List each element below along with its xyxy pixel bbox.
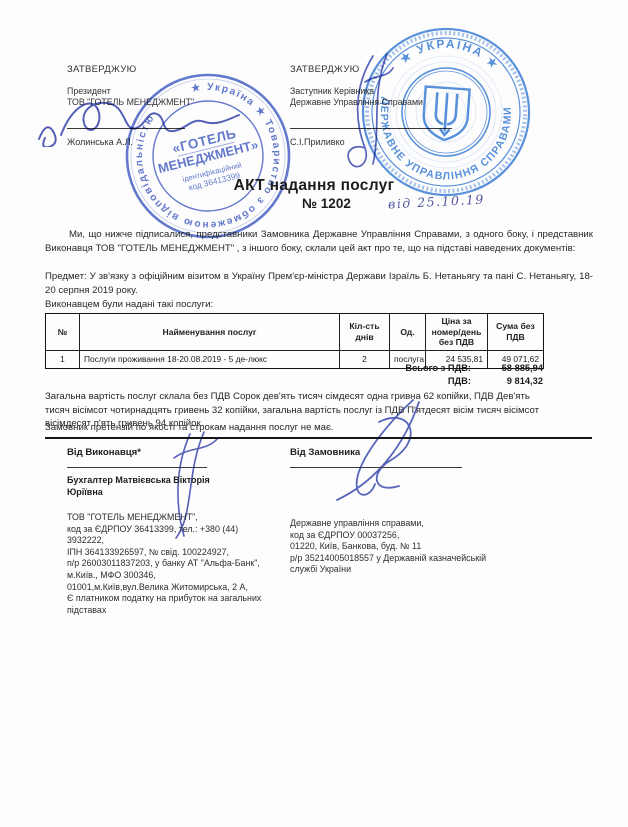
col-header-unit: Од. bbox=[390, 314, 426, 351]
total-with-vat-value: 58 885,94 bbox=[471, 362, 543, 375]
signature-ink-left-top bbox=[33, 95, 268, 147]
col-header-price: Ціна за номер/день без ПДВ bbox=[426, 314, 488, 351]
scanned-act-document: ЗАТВЕРДЖУЮ Президент ТОВ "ГОТЕЛЬ МЕНЕДЖМ… bbox=[0, 0, 628, 827]
col-header-service-name: Найменування послуг bbox=[80, 314, 340, 351]
document-number: № 1202 bbox=[302, 196, 351, 211]
executor-requisites-line: код за ЄДРПОУ 36413399, тел.: +380 (44) bbox=[67, 524, 302, 536]
approve-label-left: ЗАТВЕРДЖУЮ bbox=[67, 64, 137, 75]
signature-line-right-bottom bbox=[290, 467, 462, 468]
section-divider bbox=[45, 437, 592, 439]
executor-signer-name: Бухгалтер Матвієвська Вікторія Юріївна bbox=[67, 475, 227, 498]
customer-requisites-line: Державне управління справами, bbox=[290, 518, 550, 530]
vat-value: 9 814,32 bbox=[471, 375, 543, 388]
customer-requisites: Державне управління справами, код за ЄДР… bbox=[290, 518, 550, 576]
table-header-row: № Найменування послуг Кіл-сть днів Од. Ц… bbox=[46, 314, 544, 351]
intro-paragraph: Ми, що нижче підписалися, представники З… bbox=[45, 228, 593, 255]
services-table: № Найменування послуг Кіл-сть днів Од. Ц… bbox=[45, 313, 544, 369]
col-header-days: Кіл-сть днів bbox=[340, 314, 390, 351]
from-customer-label: Від Замовника bbox=[290, 447, 360, 458]
executor-requisites-line: Є платником податку на прибуток на загал… bbox=[67, 593, 302, 605]
col-header-sum: Сума без ПДВ bbox=[488, 314, 544, 351]
vat-row: ПДВ: 9 814,32 bbox=[45, 375, 543, 388]
from-executor-label: Від Виконавця* bbox=[67, 447, 141, 458]
customer-requisites-line: код за ЄДРПОУ 00037256, bbox=[290, 530, 550, 542]
vat-label: ПДВ: bbox=[448, 375, 471, 388]
no-claims-statement: Замовник претензій по якості та строкам … bbox=[45, 421, 555, 435]
customer-requisites-line: 01220, Київ, Банкова, буд. № 11 bbox=[290, 541, 550, 553]
services-intro: Виконавцем були надані такі послуги: bbox=[45, 298, 593, 312]
document-title: АКТ надання послуг bbox=[0, 177, 628, 195]
total-with-vat-label: Всього з ПДВ: bbox=[405, 362, 471, 375]
executor-requisites-line: 01001,м.Київ,вул.Велика Житомирська, 2 А… bbox=[67, 582, 302, 594]
customer-requisites-line: службі України bbox=[290, 564, 550, 576]
executor-requisites: ТОВ "ГОТЕЛЬ МЕНЕДЖМЕНТ", код за ЄДРПОУ 3… bbox=[67, 512, 302, 616]
executor-requisites-line: ТОВ "ГОТЕЛЬ МЕНЕДЖМЕНТ", bbox=[67, 512, 302, 524]
signature-ink-right-top bbox=[335, 52, 415, 177]
signature-line-left-bottom bbox=[67, 467, 207, 468]
executor-requisites-line: п/р 26003011837203, у банку АТ "Альфа-Ба… bbox=[67, 558, 302, 570]
executor-requisites-line: ІПН 364133926597, № свід. 100224927, bbox=[67, 547, 302, 559]
executor-requisites-line: підставах bbox=[67, 605, 302, 617]
total-with-vat-row: Всього з ПДВ: 58 885,94 bbox=[45, 362, 543, 375]
executor-requisites-line: м.Київ., МФО 300346, bbox=[67, 570, 302, 582]
col-header-number: № bbox=[46, 314, 80, 351]
customer-requisites-line: р/р 35214005018557 у Державній казначейс… bbox=[290, 553, 550, 565]
trident-emblem-icon bbox=[422, 87, 470, 142]
subject-paragraph: Предмет: У зв'язку з офіційним візитом в… bbox=[45, 270, 593, 297]
executor-requisites-line: 3932222, bbox=[67, 535, 302, 547]
